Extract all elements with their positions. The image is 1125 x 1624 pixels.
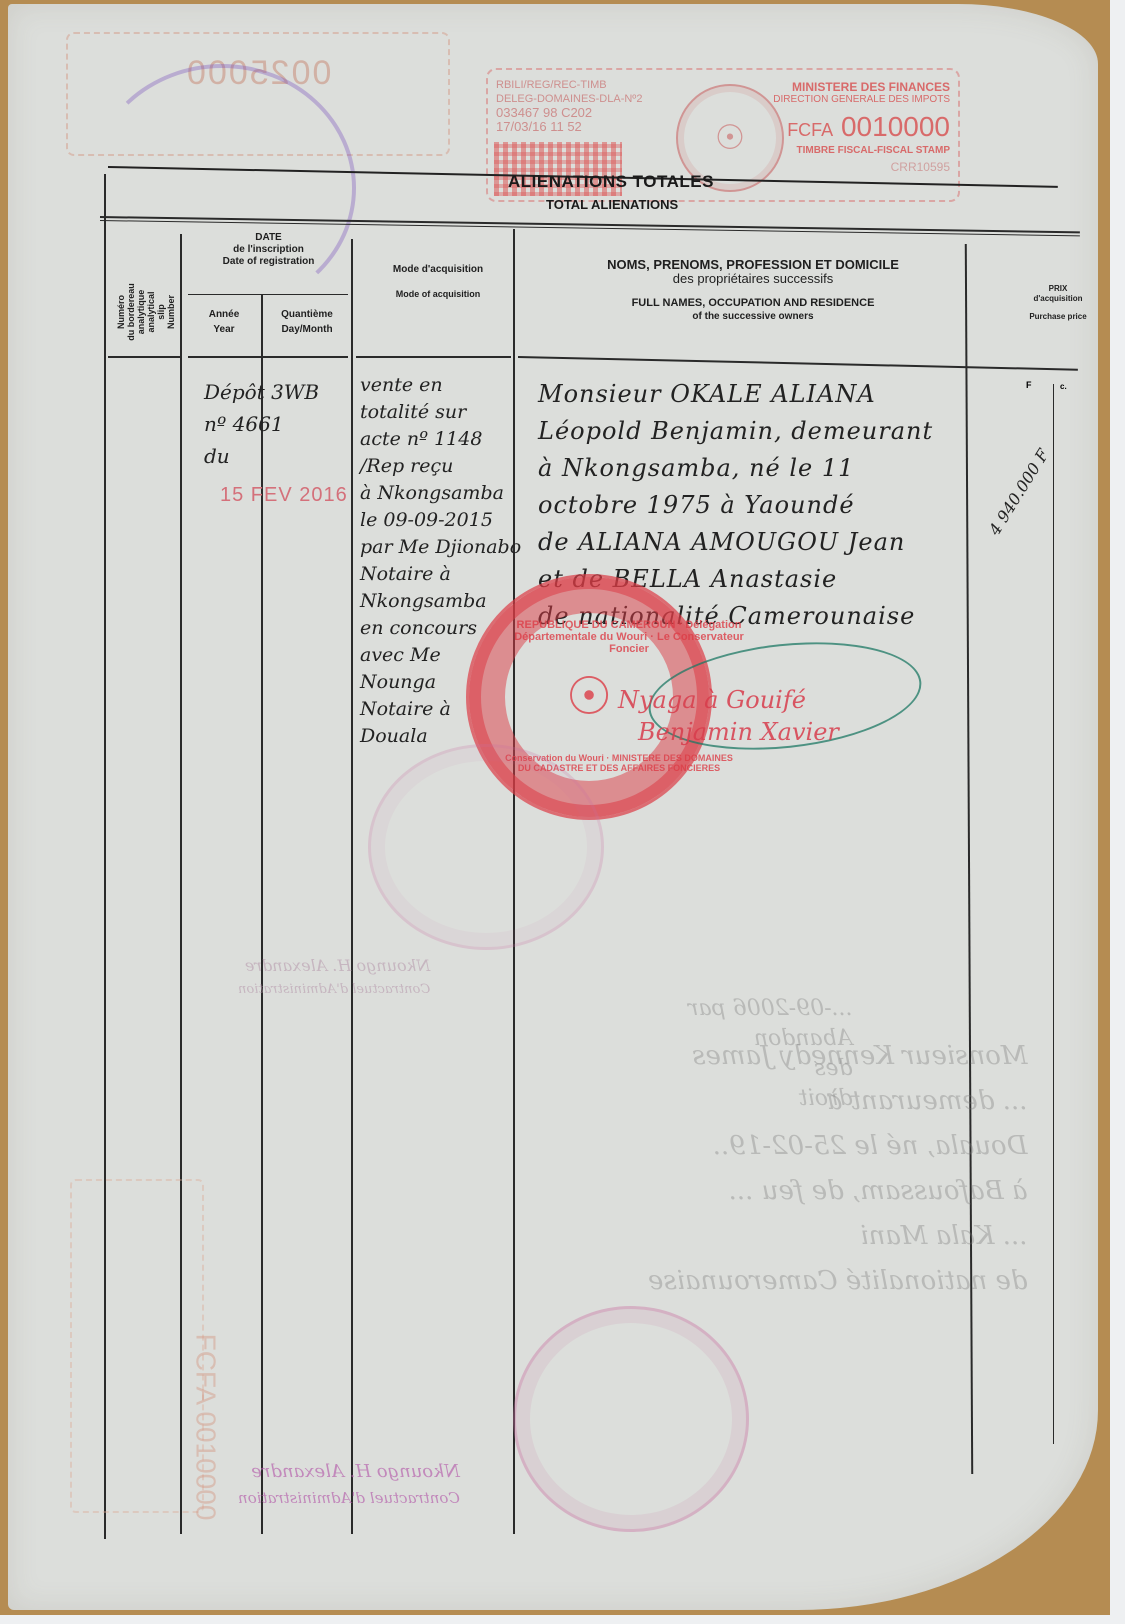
mode-line: à Nkongsamba (360, 480, 521, 507)
col-divider-3 (351, 239, 353, 1534)
date-line: Dépôt 3WB (204, 376, 319, 408)
vertical-stamp-amount: FCFA 0010000 (189, 1334, 221, 1521)
fiscal-label: TIMBRE FISCAL-FISCAL STAMP (773, 145, 950, 156)
faded-vertical-fiscal-stamp: FCFA 0010000 (70, 1179, 204, 1513)
date-line: nº 4661 (204, 408, 319, 440)
mode-line: Notaire à (360, 561, 521, 588)
col-number-line: du bordereau (126, 252, 136, 372)
date-line: du (204, 440, 319, 472)
mode-line: totalité sur (360, 399, 521, 426)
ghost-line: ... Kala Mani (648, 1214, 1028, 1259)
owner-line: Monsieur OKALE ALIANA (538, 376, 933, 413)
price-fr: PRIX d'acquisition (1028, 284, 1088, 304)
faded-seal-bottom (513, 1306, 749, 1532)
col-header-year: Année Year (188, 307, 260, 337)
date-header-1: DATE (186, 232, 351, 244)
ghost-line: ... demeurant à (648, 1079, 1028, 1124)
registration-date-stamp: 15 FEV 2016 (220, 484, 348, 507)
mode-line: /Rep reçu (360, 453, 521, 480)
section-title-en: TOTAL ALIENATIONS (546, 197, 678, 212)
col-divider-2 (261, 294, 263, 1534)
entry-date-reference: Dépôt 3WB nº 4661 du (204, 376, 319, 472)
fiscal-direction: DIRECTION GENERALE DES IMPOTS (773, 94, 950, 105)
fiscal-line-2: DELEG-DOMAINES-DLA-Nº2 (496, 92, 642, 106)
faded-sig-line: Contractuel d'Administration (238, 978, 430, 1002)
bleed-through-owner: Monsieur Kennedy James ... demeurant à D… (648, 1034, 1028, 1304)
mode-line: acte nº 1148 (360, 426, 521, 453)
faded-seal-middle (368, 744, 604, 950)
owner-line: à Nkongsamba, né le 11 (538, 450, 933, 487)
ghost-line: de nationalité Camerounaise (648, 1259, 1028, 1304)
faded-sig-line: Nkoungo H. Alexandre (238, 954, 430, 978)
mode-line: par Me Djionabo (360, 534, 521, 561)
mode-line: le 09-09-2015 (360, 507, 521, 534)
owner-line: de ALIANA AMOUGOU Jean (538, 524, 933, 561)
faded-signature-1: Nkoungo H. Alexandre Contractuel d'Admin… (238, 954, 430, 1002)
conservator-signature: Nyaga à Gouifé Benjamin Xavier (618, 684, 839, 748)
fiscal-line-1: RBILI/REG/REC-TIMB (496, 78, 642, 92)
date-header-2: de l'inscription (186, 244, 351, 256)
col-header-day: Quantième Day/Month (264, 307, 350, 337)
mode-en: Mode of acquisition (383, 288, 493, 300)
fiscal-code: CRR10595 (773, 160, 950, 174)
ghost-line: ...-09-2006 par (688, 994, 853, 1024)
fiscal-amount: 0010000 (841, 111, 950, 142)
col-number-line: analytique (136, 252, 146, 372)
mode-line: Nkongsamba (360, 588, 521, 615)
col-header-mode: Mode d'acquisition Mode of acquisition (383, 264, 493, 300)
mode-line: vente en (360, 372, 521, 399)
entry-purchase-price: 4 940.000 F (985, 446, 1053, 539)
year-fr: Année (188, 307, 260, 322)
signature-line: Nyaga à Gouifé (618, 684, 839, 716)
col-header-number: Numéro du bordereau analytique analytica… (108, 232, 180, 352)
fiscal-currency: FCFA (787, 120, 833, 140)
marianne-head-icon: ☉ (549, 657, 629, 737)
header-bottom-rule-2 (188, 356, 348, 358)
price-francs-label: F (1026, 380, 1032, 390)
col-number-line: slip (156, 252, 166, 372)
col-divider-6 (1053, 384, 1054, 1444)
ghost-line: à Bafoussam, de feu ... (648, 1169, 1028, 1214)
price-en: Purchase price (1028, 312, 1088, 322)
header-bottom-rule-3 (356, 356, 511, 358)
section-title-fr: ALIENATIONS TOTALES (508, 172, 714, 192)
col-header-price: PRIX d'acquisition Purchase price (1028, 284, 1088, 322)
date-header-3: Date of registration (186, 256, 351, 268)
col-header-names: NOMS, PRENOMS, PROFESSION ET DOMICILE de… (528, 258, 978, 324)
date-subheader-rule (188, 294, 348, 295)
names-en-2: of the successive owners (528, 310, 978, 324)
day-en: Day/Month (264, 322, 350, 337)
fiscal-stamp-meta: RBILI/REG/REC-TIMB DELEG-DOMAINES-DLA-Nº… (496, 78, 642, 134)
price-cents-label: c. (1060, 382, 1067, 391)
owner-line: Léopold Benjamin, demeurant (538, 413, 933, 450)
col-header-date: DATE de l'inscription Date of registrati… (186, 232, 351, 268)
signature-line: Benjamin Xavier (618, 716, 839, 748)
owner-line: octobre 1975 à Yaoundé (538, 487, 933, 524)
ghost-line: Monsieur Kennedy James (648, 1034, 1028, 1079)
year-en: Year (188, 322, 260, 337)
register-page: 0025000 RBILI/REG/REC-TIMB DELEG-DOMAINE… (8, 4, 1098, 1610)
names-en-1: FULL NAMES, OCCUPATION AND RESIDENCE (528, 296, 978, 310)
names-fr-1: NOMS, PRENOMS, PROFESSION ET DOMICILE (528, 258, 978, 272)
mode-fr: Mode d'acquisition (383, 264, 493, 276)
fiscal-ministry: MINISTERE DES FINANCES (773, 80, 950, 94)
faded-signature-2: Nkoungo H. Alexandre Contractuel d'Admin… (238, 1459, 460, 1511)
ghost-line: Douala, né le 25-02-19.. (648, 1124, 1028, 1169)
faded-sig-line: Contractuel d'Administration (238, 1485, 460, 1511)
names-fr-2: des propriétaires successifs (528, 272, 978, 286)
fiscal-line-3: 033467 98 C202 (496, 106, 642, 120)
day-fr: Quantième (264, 307, 350, 322)
faded-sig-line: Nkoungo H. Alexandre (238, 1459, 460, 1485)
col-number-line: Numéro (116, 252, 126, 372)
col-number-line: Number (166, 252, 176, 372)
fiscal-line-4: 17/03/16 11 52 (496, 120, 642, 134)
col-number-line: analytical (146, 252, 156, 372)
header-bottom-rule-4 (518, 356, 1078, 371)
